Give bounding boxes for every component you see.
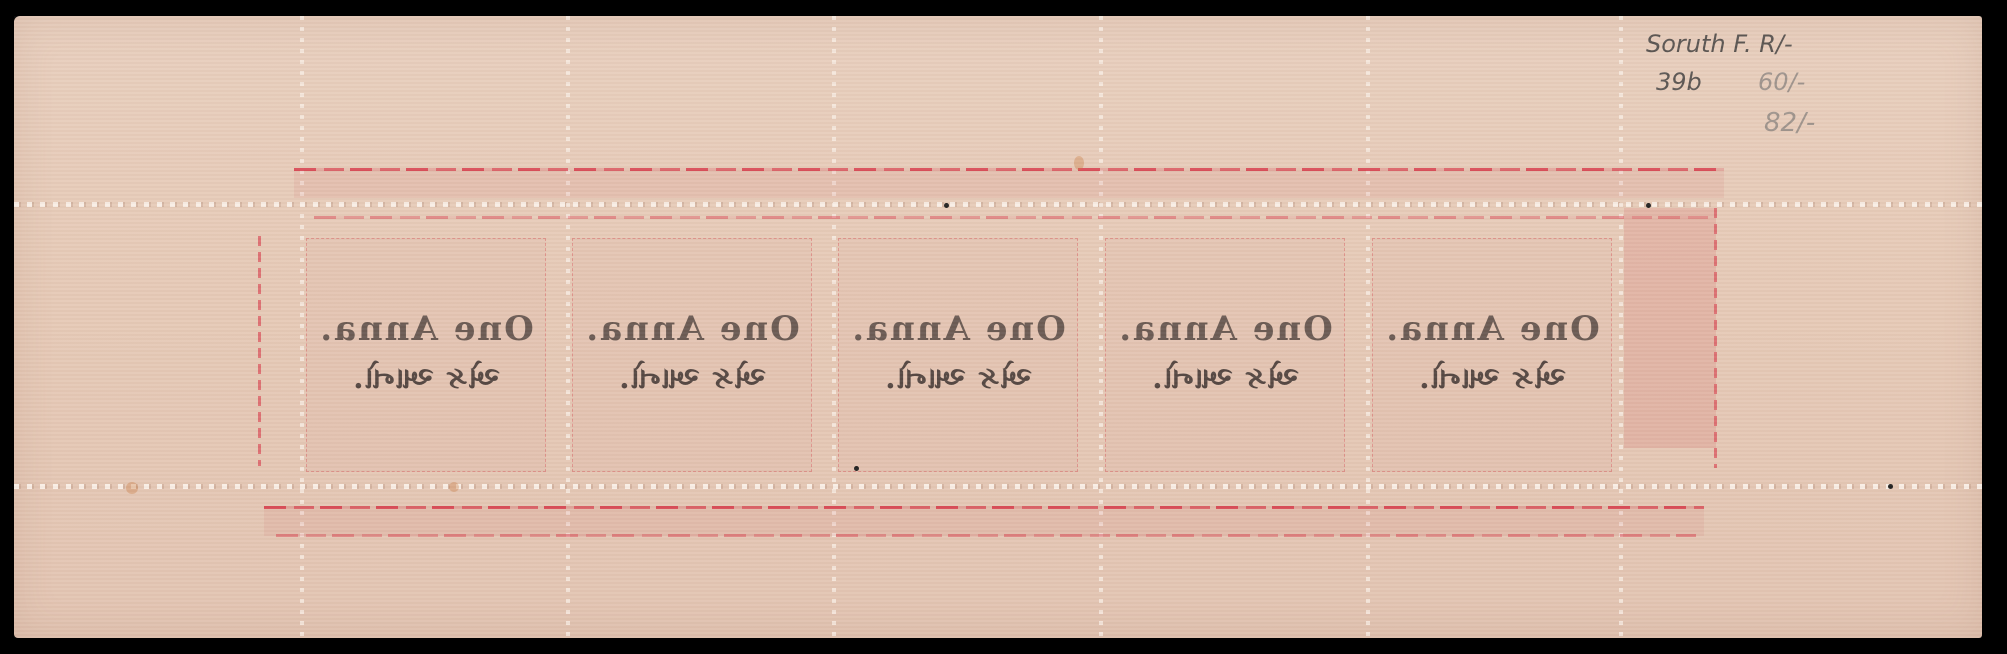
stamp-5: One Anna. એક આનો. [1372, 238, 1612, 472]
stamp-3: One Anna. એક આનો. [838, 238, 1078, 472]
perforation-row-bottom [14, 484, 1982, 489]
foxing-stain [449, 482, 459, 492]
stamp-1: One Anna. એક આનો. [306, 238, 546, 472]
perforation-col [1099, 16, 1103, 638]
perforation-col [566, 16, 570, 638]
overprint-english: One Anna. [573, 309, 811, 349]
mirrored-overprint: One Anna. એક આનો. [573, 309, 811, 396]
offset-block-right [1624, 208, 1716, 448]
offset-band-bottom [264, 506, 1704, 536]
stamp-4: One Anna. એક આનો. [1105, 238, 1345, 472]
pencil-note-catalog: 39b [1656, 68, 1702, 96]
pencil-note-price-old: 60/- [1758, 68, 1805, 96]
stamp-2: One Anna. એક આનો. [572, 238, 812, 472]
overprint-gujarati: એક આનો. [307, 361, 545, 396]
perforation-hole [944, 203, 949, 208]
perforation-col [1619, 16, 1623, 638]
offset-frame-bottom [264, 506, 1704, 509]
perforation-col [300, 16, 304, 638]
perforation-col [1366, 16, 1370, 638]
offset-frame-bottom-lower [276, 534, 1696, 537]
overprint-gujarati: એક આનો. [1373, 361, 1611, 396]
perforation-hole [1646, 203, 1651, 208]
foxing-stain [126, 482, 138, 494]
offset-frame-top-inner [314, 216, 1714, 219]
mirrored-overprint: One Anna. એક આનો. [839, 309, 1077, 396]
overprint-english: One Anna. [1106, 309, 1344, 349]
overprint-gujarati: એક આનો. [1106, 361, 1344, 396]
offset-band-top [294, 168, 1724, 198]
stamp-strip-photo: One Anna. એક આનો. One Anna. એક આનો. One … [14, 16, 1982, 638]
perforation-row-top [14, 202, 1982, 207]
mirrored-overprint: One Anna. એક આનો. [307, 309, 545, 396]
pencil-note-price-new: 82/- [1764, 108, 1815, 138]
overprint-english: One Anna. [307, 309, 545, 349]
mirrored-overprint: One Anna. એક આનો. [1373, 309, 1611, 396]
perforation-hole [854, 466, 859, 471]
overprint-english: One Anna. [839, 309, 1077, 349]
pencil-note-title: Soruth F. R/- [1646, 30, 1793, 58]
overprint-gujarati: એક આનો. [839, 361, 1077, 396]
foxing-stain [1074, 156, 1084, 170]
perforation-hole [1888, 484, 1893, 489]
perforation-col [832, 16, 836, 638]
mirrored-overprint: One Anna. એક આનો. [1106, 309, 1344, 396]
overprint-english: One Anna. [1373, 309, 1611, 349]
offset-frame-left [258, 236, 261, 466]
offset-frame-top [294, 168, 1724, 171]
overprint-gujarati: એક આનો. [573, 361, 811, 396]
